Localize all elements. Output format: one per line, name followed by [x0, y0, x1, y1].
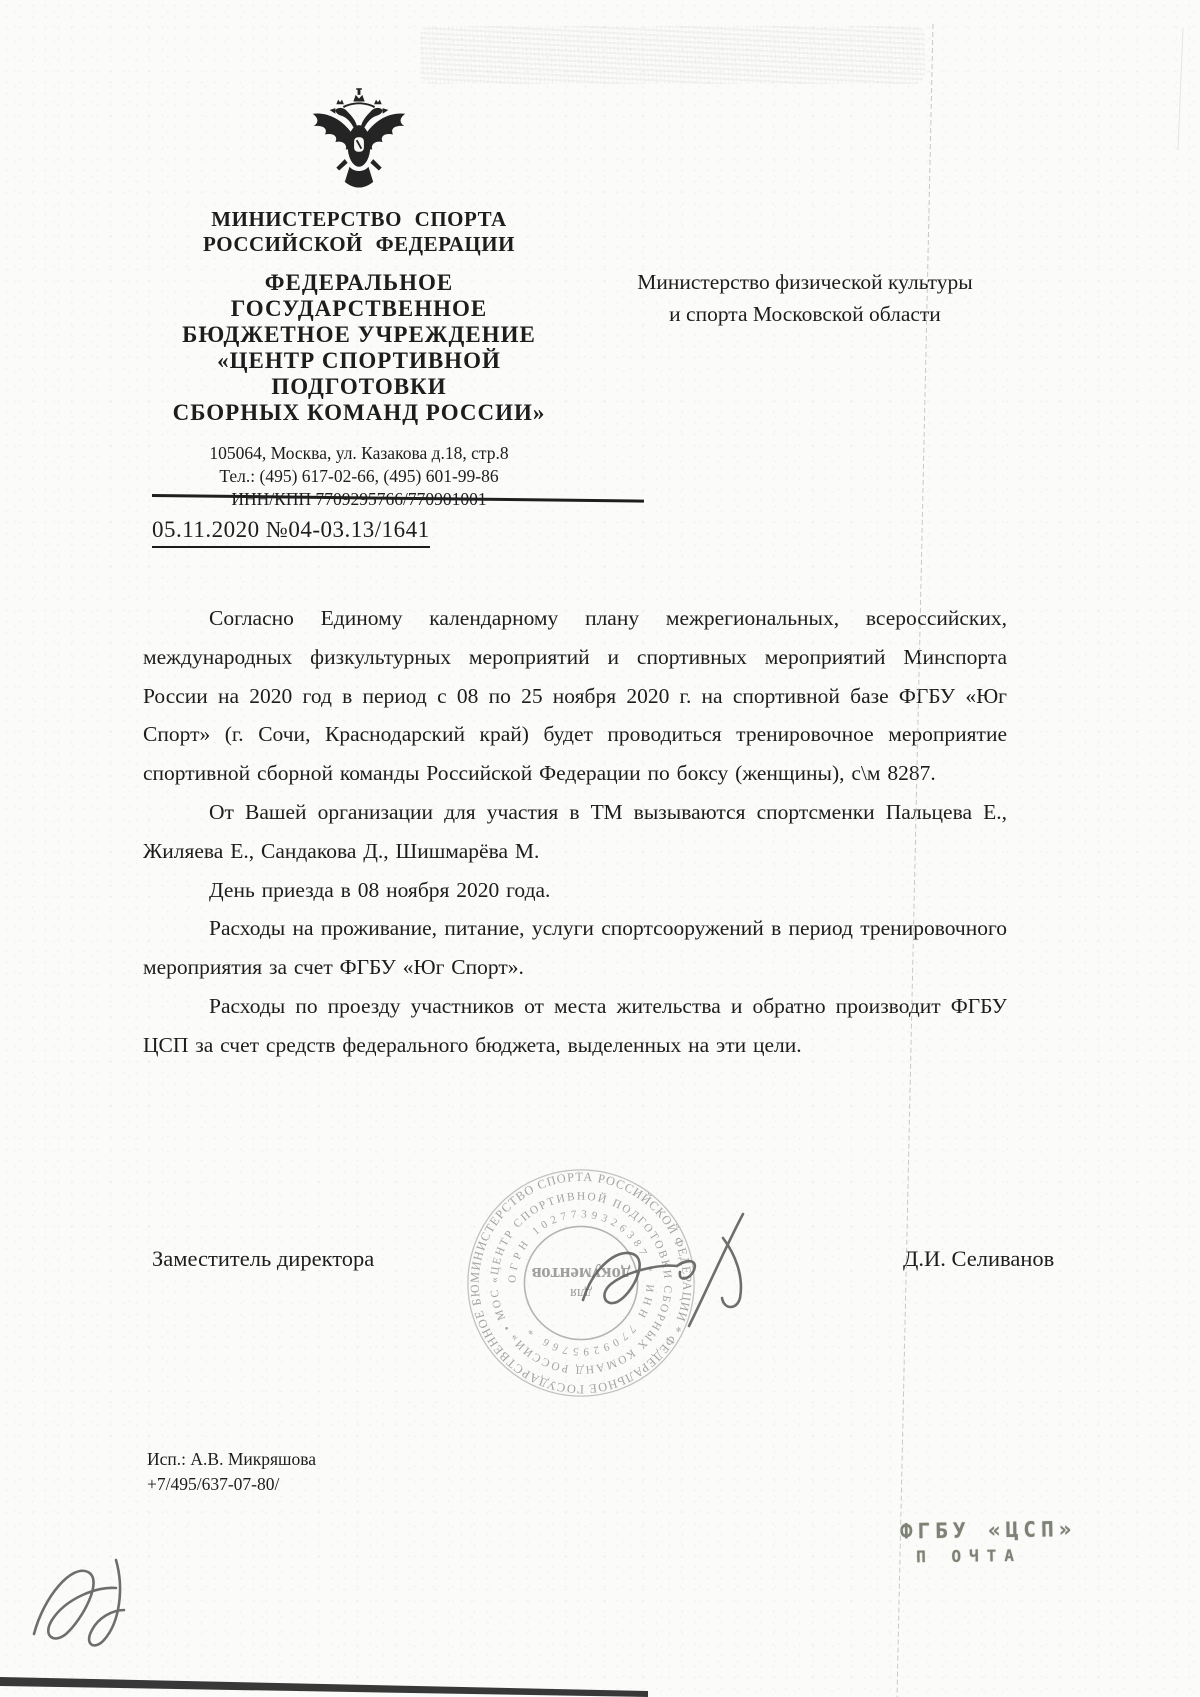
signer-name: Д.И. Селиванов: [903, 1246, 1054, 1272]
ministry-name-line2: РОССИЙСКОЙ ФЕДЕРАЦИИ: [138, 232, 580, 257]
letter-body: Согласно Единому календарному плану межр…: [143, 599, 1007, 1065]
org-name-line1: ФЕДЕРАЛЬНОЕ ГОСУДАРСТВЕННОЕ: [138, 270, 580, 322]
body-paragraph-5: Расходы по проезду участников от места ж…: [143, 987, 1007, 1065]
org-name-line3: «ЦЕНТР СПОРТИВНОЙ ПОДГОТОВКИ: [138, 348, 580, 400]
scan-noise-top-band: [420, 26, 925, 84]
scan-bottom-edge: [0, 1677, 648, 1697]
executor-name: Исп.: А.В. Микряшова: [147, 1447, 316, 1472]
body-paragraph-4: Расходы на проживание, питание, услуги с…: [143, 909, 1007, 987]
org-phone: Тел.: (495) 617-02-66, (495) 601-99-86: [138, 465, 580, 488]
signature-autograph: [575, 1208, 785, 1343]
letterhead: МИНИСТЕРСТВО СПОРТА РОССИЙСКОЙ ФЕДЕРАЦИИ…: [138, 85, 580, 511]
body-paragraph-2: От Вашей организации для участия в ТМ вы…: [143, 793, 1007, 871]
signer-position: Заместитель директора: [152, 1246, 374, 1272]
ministry-name-line1: МИНИСТЕРСТВО СПОРТА: [138, 207, 580, 232]
executor-block: Исп.: А.В. Микряшова +7/495/637-07-80/: [147, 1447, 316, 1497]
coat-of-arms-icon: [307, 85, 411, 203]
org-name-line4: СБОРНЫХ КОМАНД РОССИИ»: [138, 400, 580, 426]
executor-phone: +7/495/637-07-80/: [147, 1472, 316, 1497]
organization-name: ФЕДЕРАЛЬНОЕ ГОСУДАРСТВЕННОЕ БЮДЖЕТНОЕ УЧ…: [138, 270, 580, 426]
org-name-line2: БЮДЖЕТНОЕ УЧРЕЖДЕНИЕ: [138, 322, 580, 348]
reference-number: 05.11.2020 №04-03.13/1641: [152, 517, 430, 548]
mail-stamp: ФГБУ «ЦСП» П ОЧТА: [900, 1516, 1121, 1566]
recipient-line1: Министерство физической культуры: [590, 266, 1020, 298]
scanned-letter-page: МИНИСТЕРСТВО СПОРТА РОССИЙСКОЙ ФЕДЕРАЦИИ…: [0, 0, 1200, 1697]
body-paragraph-3: День приезда в 08 ноября 2020 года.: [143, 871, 1007, 910]
handwritten-paraph: [20, 1548, 190, 1668]
ministry-name: МИНИСТЕРСТВО СПОРТА РОССИЙСКОЙ ФЕДЕРАЦИИ: [138, 207, 580, 257]
mail-stamp-line2: П ОЧТА: [900, 1544, 1120, 1566]
recipient-block: Министерство физической культуры и спорт…: [590, 266, 1020, 330]
edge-artifact: [1178, 28, 1183, 150]
mail-stamp-line1: ФГБУ «ЦСП»: [900, 1516, 1120, 1543]
org-address: 105064, Москва, ул. Казакова д.18, стр.8: [138, 442, 580, 465]
body-paragraph-1: Согласно Единому календарному плану межр…: [143, 599, 1007, 793]
recipient-line2: и спорта Московской области: [590, 298, 1020, 330]
